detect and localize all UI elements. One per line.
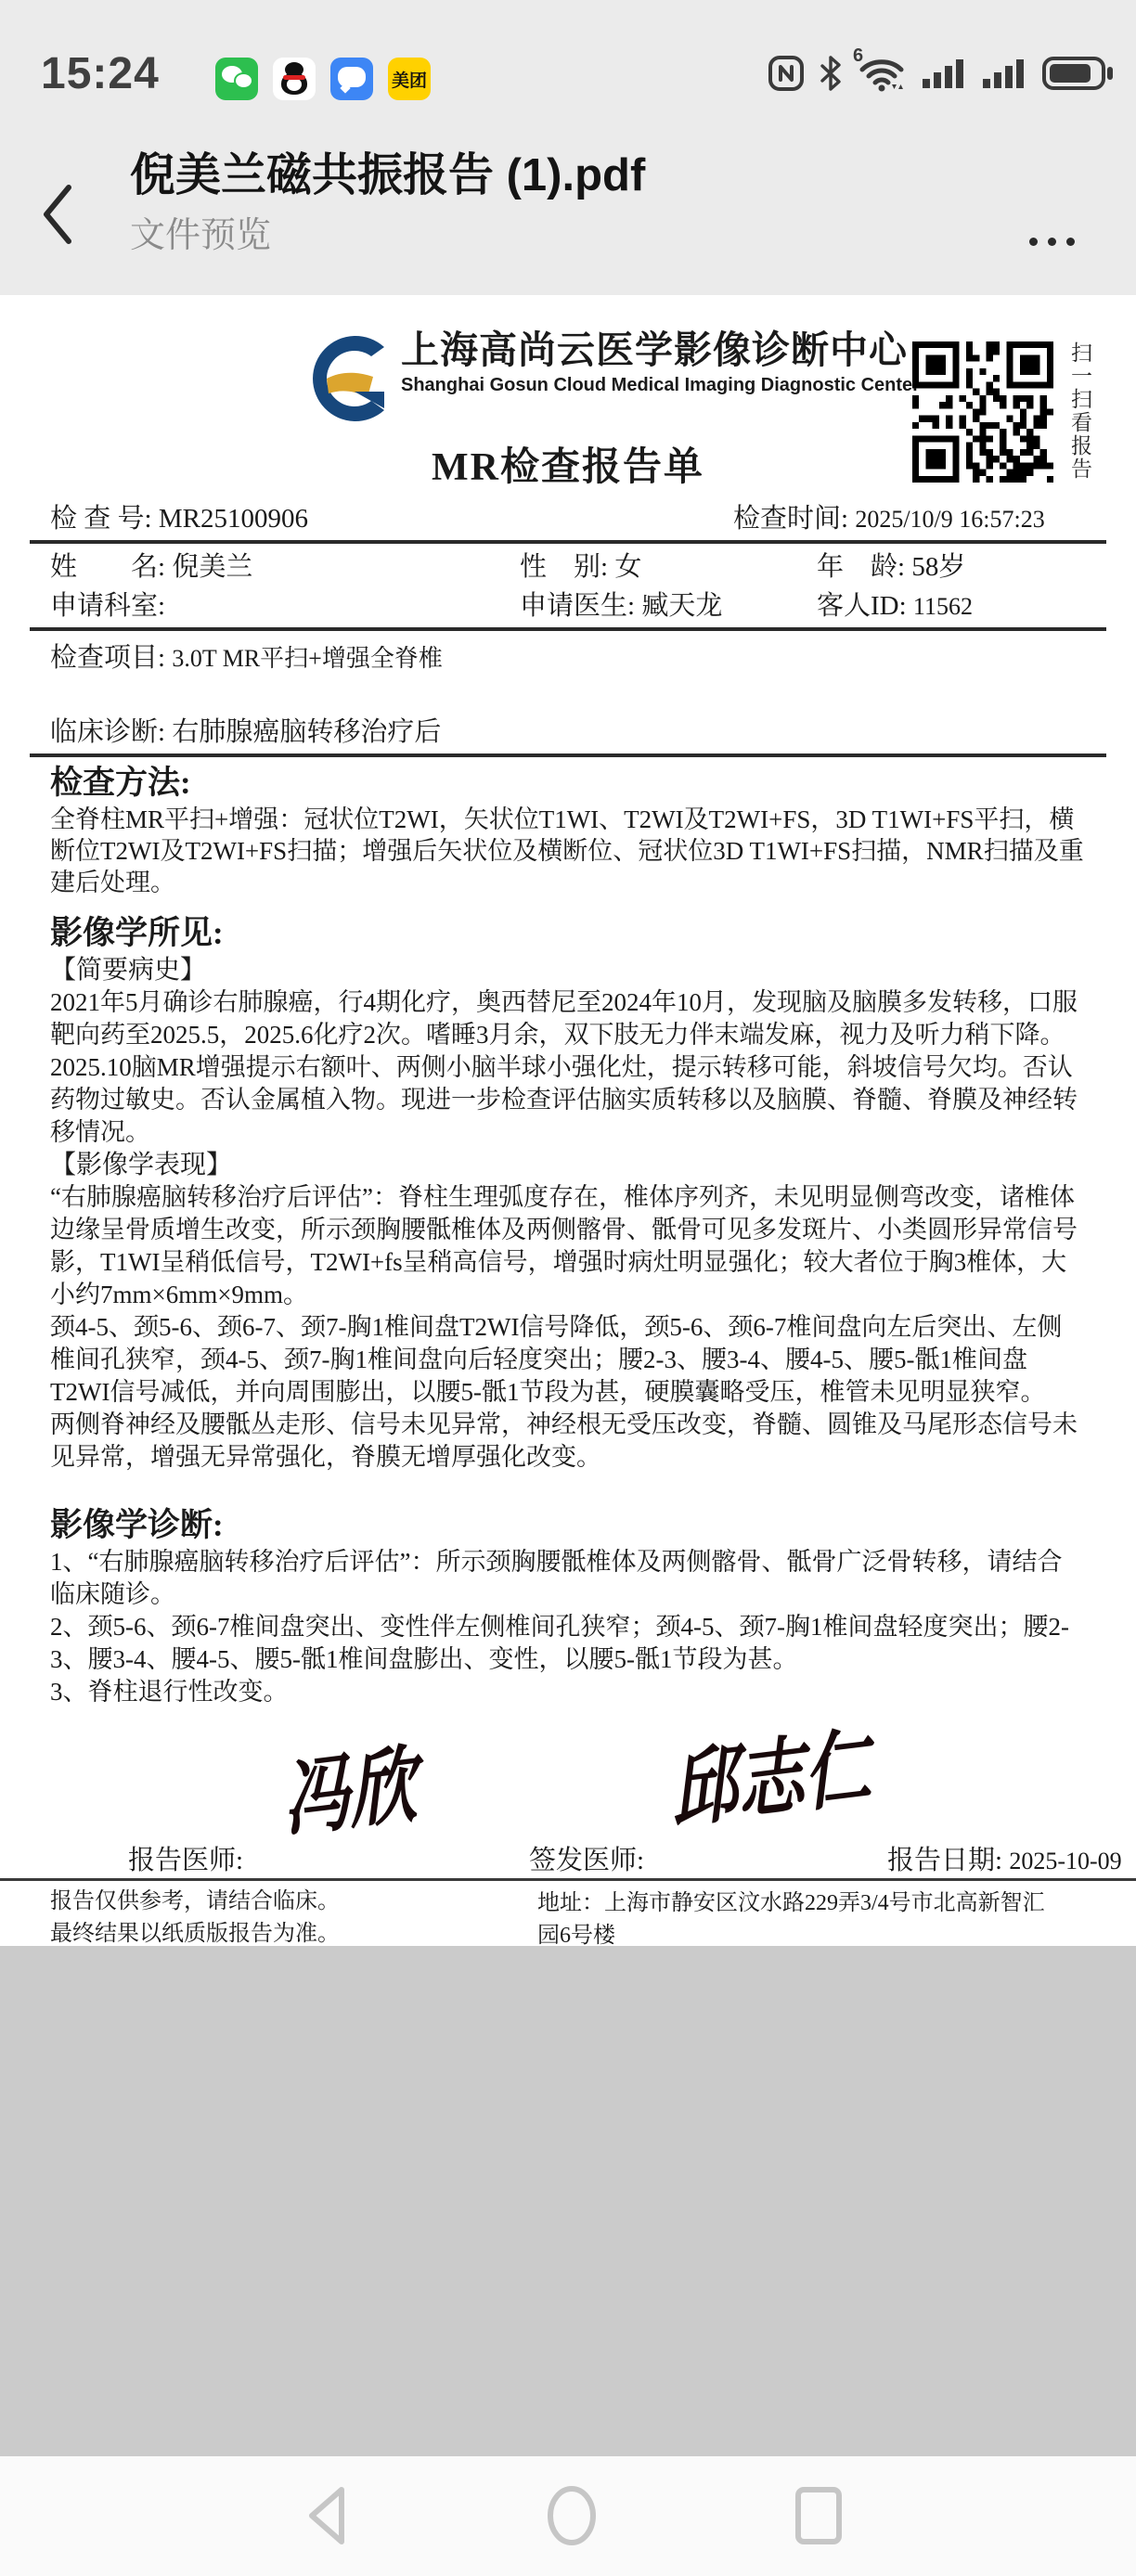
notification-icons: 美团 xyxy=(215,58,431,100)
findings-paragraph: 两侧脊神经及腰骶丛走形、信号未见异常，神经根无受压改变，脊髓、圆锥及马尾形态信号… xyxy=(50,1409,1086,1474)
qr-caption: 扫一扫看报告 xyxy=(1065,341,1095,481)
nav-home-button[interactable] xyxy=(542,2482,601,2549)
report-doctor-signature: 冯欣 xyxy=(282,1714,430,1854)
sex-field: 性 别: 女 xyxy=(520,547,641,586)
clinical-dx-row: 临床诊断: 右肺腺癌脑转移治疗后 xyxy=(50,713,1086,752)
wechat-icon xyxy=(215,58,258,100)
findings-paragraph: “右肺腺癌脑转移治疗后评估”：脊柱生理弧度存在，椎体序列齐，未见明显侧弯改变，诸… xyxy=(50,1181,1086,1311)
clinic-name-cn: 上海高尚云医学影像诊断中心 xyxy=(401,327,920,373)
exam-item-label: 检查项目: xyxy=(50,643,165,673)
exam-item-value: 3.0T MR平扫+增强全脊椎 xyxy=(172,645,443,672)
doctor-field: 申请医生: 臧天龙 xyxy=(520,586,722,625)
diagnosis-item: 3、脊柱退行性改变。 xyxy=(50,1676,1086,1708)
client-id-field: 客人ID: 11562 xyxy=(817,586,973,626)
history-tag: 【简要病史】 xyxy=(50,954,1086,986)
signal-icon-2 xyxy=(981,55,1027,92)
gosun-logo-icon xyxy=(299,327,388,431)
patient-row: 姓 名: 倪美兰 性 别: 女 年 龄: 58岁 xyxy=(50,547,1086,586)
report-date-field: 报告日期: 2025-10-09 xyxy=(887,1839,1122,1877)
battery-icon xyxy=(1041,54,1116,93)
history-text: 2021年5月确诊右肺腺癌，行4期化疗，奥西替尼至2024年10月，发现脑及脑膜… xyxy=(50,986,1086,1149)
more-menu-icon[interactable] xyxy=(1029,238,1075,246)
age-field: 年 龄: 58岁 xyxy=(817,547,965,586)
nav-recents-button[interactable] xyxy=(791,2482,846,2549)
wifi-icon: 6 xyxy=(857,55,907,92)
navigation-bar xyxy=(0,2456,1136,2576)
divider xyxy=(30,753,1106,757)
exam-no-label: 检 查 号: xyxy=(50,504,152,534)
file-title: 倪美兰磁共振报告 (1).pdf xyxy=(130,147,978,204)
clinic-names: 上海高尚云医学影像诊断中心 Shanghai Gosun Cloud Medic… xyxy=(401,327,920,397)
clinical-dx-label: 临床诊断: xyxy=(50,717,165,747)
header-titles: 倪美兰磁共振报告 (1).pdf 文件预览 xyxy=(130,147,978,258)
diagnosis-item: 1、“右肺腺癌脑转移治疗后评估”：所示颈胸腰骶椎体及两侧髂骨、骶骨广泛骨转移，请… xyxy=(50,1546,1086,1611)
phone-screen: 15:24 美团 6 xyxy=(0,0,1136,2576)
name-label: 姓 名: xyxy=(50,552,165,582)
dept-label: 申请科室: xyxy=(50,591,165,621)
wifi-generation-badge: 6 xyxy=(853,45,863,67)
clock: 15:24 xyxy=(41,48,160,99)
issue-doctor-label: 签发医师: xyxy=(529,1839,644,1877)
system-status-icons: 6 xyxy=(768,54,1116,93)
findings-paragraph: 颈4-5、颈5-6、颈6-7、颈7-胸1椎间盘T2WI信号降低，颈5-6、颈6-… xyxy=(50,1311,1086,1409)
clinic-name-en: Shanghai Gosun Cloud Medical Imaging Dia… xyxy=(401,373,920,397)
divider xyxy=(30,627,1106,631)
diagnosis-heading: 影像学诊断: xyxy=(50,1505,1086,1546)
file-preview-header: 倪美兰磁共振报告 (1).pdf 文件预览 xyxy=(0,130,1136,295)
exam-time: 检查时间: 2025/10/9 16:57:23 xyxy=(733,499,1045,539)
exam-no-row: 检 查 号: MR25100906 检查时间: 2025/10/9 16:57:… xyxy=(50,499,1086,538)
pdf-page[interactable]: 上海高尚云医学影像诊断中心 Shanghai Gosun Cloud Medic… xyxy=(0,295,1136,1946)
meituan-icon: 美团 xyxy=(388,58,431,100)
address-line: 地址：上海市静安区汶水路229弄3/4号市北高新智汇园6号楼 xyxy=(537,1887,1057,1946)
method-heading: 检查方法: xyxy=(50,763,1086,804)
clinical-dx-value: 右肺腺癌脑转移治疗后 xyxy=(172,717,441,747)
findings-heading: 影像学所见: xyxy=(50,913,1086,954)
method-body: 全脊柱MR平扫+增强：冠状位T2WI，矢状位T1WI、T2WI及T2WI+FS，… xyxy=(50,804,1086,898)
bluetooth-icon xyxy=(819,56,843,91)
back-button[interactable] xyxy=(39,184,76,245)
preview-backdrop xyxy=(0,1946,1136,2456)
name-value: 倪美兰 xyxy=(172,552,252,582)
qr-code xyxy=(912,341,1053,483)
contact-block: 地址：上海市静安区汶水路229弄3/4号市北高新智汇园6号楼 电话：400-82… xyxy=(537,1887,1057,1946)
request-row: 申请科室: 申请医生: 臧天龙 客人ID: 11562 xyxy=(50,586,1086,625)
divider xyxy=(30,540,1106,544)
nav-back-button[interactable] xyxy=(301,2482,353,2549)
issue-doctor-signature: 邱志仁 xyxy=(670,1697,884,1845)
footer-divider xyxy=(0,1878,1136,1881)
messages-icon xyxy=(330,58,373,100)
exam-item-row: 检查项目: 3.0T MR平扫+增强全脊椎 xyxy=(50,638,1086,681)
nfc-icon xyxy=(768,55,805,92)
signal-icon xyxy=(921,55,967,92)
presentation-tag: 【影像学表现】 xyxy=(50,1149,1086,1181)
exam-no-value: MR25100906 xyxy=(159,504,308,534)
status-bar: 15:24 美团 6 xyxy=(0,0,1136,130)
qq-icon xyxy=(273,58,316,100)
preview-subtitle: 文件预览 xyxy=(130,213,978,258)
report-doctor-label: 报告医师: xyxy=(128,1839,243,1877)
report-footer: 报告仅供参考，请结合临床。 最终结果以纸质版报告为准。 地址：上海市静安区汶水路… xyxy=(50,1886,1086,1946)
diagnosis-item: 2、颈5-6、颈6-7椎间盘突出、变性伴左侧椎间孔狭窄；颈4-5、颈7-胸1椎间… xyxy=(50,1611,1086,1676)
report-qr-block: 扫一扫看报告 xyxy=(912,341,1095,483)
